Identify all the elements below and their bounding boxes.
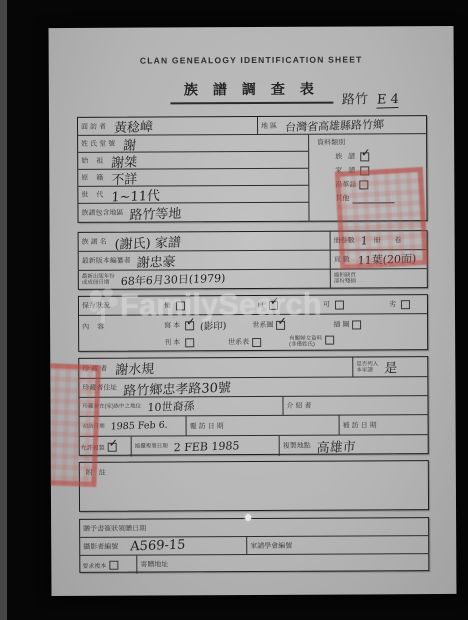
field-publication-date: 最新出版年份 或成冊日期 68年6月30日(1979) [79, 270, 331, 289]
basic-info-table: 面訪者 黃稔嶂 地區 台灣省高雄縣路竹鄉 姓氏堂號 謝 始祖 謝桀 [77, 115, 428, 223]
sheet-title-chinese: 族譜調查表 [170, 79, 333, 105]
checkbox [176, 301, 185, 310]
option-label: 劣 [389, 299, 398, 309]
light-spot [245, 514, 251, 521]
missing-label-line2: 部份殘損 [334, 278, 356, 284]
option-label: 良 [257, 300, 266, 310]
introducer-label: 介紹者 [286, 401, 313, 411]
handwritten-frame-label: 路竹 E 4 [342, 88, 399, 108]
film-edge-strip [0, 0, 7, 620]
checkmark: ✓ [186, 315, 195, 328]
category-option-other: 其他 [335, 193, 426, 203]
origin-label: 原籍 [81, 173, 111, 183]
footer-table: 贈予書簽狀領贈日期 攝影者編號 A569-15 家譜學會編號 要求複本 寄贈地址 [79, 517, 429, 573]
revisit-label: 覆訪日期 [190, 421, 226, 431]
checkbox [359, 180, 368, 189]
row-gift-date: 贈予書簽狀領贈日期 [80, 518, 428, 538]
book-info-table: 族譜名 (謝氏) 家譜 冊卷數 1 冊 卷 最新版本編纂者 謝忠豪 頁數 11葉… [78, 230, 428, 290]
field-supplementary-visit: 補訪日期 [340, 415, 428, 434]
row-visit-dates: 初訪日期 1985 Feb 6. 覆訪日期 補訪日期 [80, 415, 428, 437]
book-name-value: (謝氏) 家譜 [114, 231, 181, 252]
field-revisit: 覆訪日期 [187, 416, 340, 436]
keeper-value: 謝水規 [115, 358, 155, 378]
field-first-ancestor: 始祖 謝桀 [78, 152, 308, 170]
content-option-pedigree-table: 世系表 [228, 337, 261, 347]
condition-option-good: 良 ✓ [257, 300, 278, 310]
condition-option-fair: 可 [323, 300, 344, 310]
field-interviewer: 面訪者 黃稔嶂 [78, 117, 258, 135]
pages-value: 11葉(20面) [357, 250, 416, 268]
checkmark: ✓ [270, 294, 279, 307]
filming-date-label: 縮攝複製日期 [135, 443, 168, 449]
pubdate-label-line2: 或成冊日期 [82, 280, 110, 286]
field-pages: 頁數 11葉(20面) [331, 250, 427, 269]
filming-date-value: 2 FEB 1985 [173, 439, 239, 454]
option-label: 可 [323, 300, 332, 310]
pubdate-label: 最新出版年份 或成冊日期 [82, 274, 115, 286]
photographer-label: 攝影者編號 [83, 541, 118, 551]
content-option-women-data: 有關婦女資料 (非僅姓氏) [289, 336, 334, 348]
volumes-value: 1 [360, 234, 368, 247]
option-label: 族 譜 [335, 151, 357, 161]
option-label: 刊本 [164, 337, 182, 347]
society-label: 家譜學會編號 [250, 540, 292, 550]
checkbox: ✓ [185, 321, 194, 330]
women-label-line2: (非僅姓氏) [289, 342, 315, 348]
field-compiler: 最新版本編纂者 謝忠豪 [79, 251, 331, 270]
region-value: 路竹等地 [129, 202, 182, 223]
field-origin: 原籍 不詳 [78, 169, 308, 187]
blank-line [352, 194, 394, 203]
pubdate-value: 68年6月30日(1979) [120, 270, 225, 289]
content-option-manuscript: 寫本 ✓ (影印) [164, 318, 226, 332]
compiler-value: 謝忠豪 [136, 250, 176, 270]
keeper-label: 珍藏者 [82, 363, 109, 373]
field-generations: 世代 1~11代 [78, 186, 308, 204]
checkbox [252, 337, 261, 346]
position-label: 珍藏者在(家)族中之地位 [82, 404, 141, 410]
field-introducer: 介紹者 [283, 396, 427, 415]
copy-request-label: 要求複本 [82, 560, 106, 569]
gift-date-label: 贈予書簽狀領贈日期 [83, 523, 146, 533]
field-keeper: 珍藏者 謝水規 [79, 357, 353, 377]
district-value: 台灣省高雄縣路竹鄉 [285, 115, 385, 134]
address-label: 珍藏者住址 [82, 383, 117, 393]
checkbox: ✓ [360, 152, 369, 161]
field-society-number: 家譜學會編號 [247, 536, 428, 554]
notes-box: 附註 [79, 460, 429, 512]
field-region-included: 族譜包含地區 路竹等地 [78, 203, 308, 222]
region-label: 族譜包含地區 [81, 208, 123, 218]
frame-label-place: 路竹 [341, 88, 368, 108]
pages-label: 頁數 [334, 254, 352, 264]
interviewer-value: 黃稔嶂 [114, 116, 154, 136]
supp-visit-label: 補訪日期 [343, 420, 379, 430]
frame-label-code: E 4 [377, 92, 400, 109]
checkbox: ✓ [276, 320, 285, 329]
option-label: 沿革誌 [335, 179, 356, 189]
mailing-address-label: 寄贈地址 [140, 559, 168, 569]
category-option-clan-genealogy: 族 譜 ✓ [335, 151, 426, 161]
first-visit-label: 初訪日期 [83, 423, 105, 429]
data-category-panel: 資料類別 族 譜 ✓ 家 譜 沿革誌 其他 [308, 134, 426, 221]
notes-label: 附註 [86, 468, 112, 478]
generations-label: 世代 [81, 190, 111, 200]
row-condition: 保存狀況 優 良 ✓ 可 劣 [79, 295, 427, 316]
content-option-printed: 刊本 [164, 337, 194, 347]
row-book-name: 族譜名 (謝氏) 家譜 冊卷數 1 冊 卷 [79, 231, 427, 252]
row-copy-permission: 允許複製 ✓ 縮攝複製日期 2 FEB 1985 複製地點 高雄市 [80, 435, 428, 457]
field-included-in-book: 是否列入 本家譜 是 [353, 357, 427, 376]
field-mailing-address: 寄贈地址 [137, 554, 428, 574]
genealogy-form-page: CLAN GENEALOGY IDENTIFICATION SHEET 族譜調查… [49, 26, 457, 596]
photographer-value: A569-15 [130, 538, 186, 555]
content-option-pedigree-chart: 世系圖 ✓ [252, 320, 285, 330]
included-label-line2: 本家譜 [356, 367, 373, 373]
field-filming-date: 縮攝複製日期 2 FEB 1985 [132, 436, 280, 457]
field-photographer-number: 攝影者編號 A569-15 [80, 537, 247, 555]
generations-value: 1~11代 [111, 184, 161, 205]
row-compiler: 最新版本編纂者 謝忠豪 頁數 11葉(20面) [79, 250, 427, 271]
row-interviewer-district: 面訪者 黃稔嶂 地區 台灣省高雄縣路竹鄉 [78, 116, 426, 136]
row-photographer-number: 攝影者編號 A569-15 家譜學會編號 [80, 536, 428, 556]
other-label: 其他 [335, 193, 349, 203]
address-value: 路竹鄉忠孝路30號 [123, 376, 232, 398]
field-filming-place: 複製地點 高雄市 [280, 435, 428, 456]
checkbox [401, 300, 410, 309]
checkbox [360, 166, 369, 175]
row-publication: 最新出版年份 或成冊日期 68年6月30日(1979) 縮拍缺頁 部份殘損 [79, 269, 427, 289]
row-copy-request: 要求複本 寄贈地址 [80, 554, 428, 574]
first-visit-value: 1985 Feb 6. [110, 420, 168, 433]
keeper-table: 珍藏者 謝水規 是否列入 本家譜 是 珍藏者住址 路竹鄉忠孝路30號 珍藏者在(… [78, 356, 429, 456]
field-copy-request: 要求複本 [80, 556, 137, 574]
field-missing-pages: 縮拍缺頁 部份殘損 [331, 269, 427, 288]
included-label: 是否列入 本家譜 [356, 361, 378, 373]
volumes-label: 冊卷數 [334, 235, 355, 245]
content-option-illustrations: 插 圖 [333, 319, 361, 329]
permit-label: 允許複製 [81, 442, 105, 451]
field-district: 地區 台灣省高雄縣路竹鄉 [258, 116, 426, 134]
interviewer-label: 面訪者 [81, 121, 108, 131]
row-keeper-position: 珍藏者在(家)族中之地位 10世裔孫 介紹者 [79, 396, 427, 417]
checkbox [352, 320, 361, 329]
category-option-history-record: 沿革誌 [335, 179, 426, 189]
manuscript-note: (影印) [200, 318, 227, 333]
missing-label: 縮拍缺頁 部份殘損 [334, 272, 356, 284]
included-value: 是 [384, 357, 398, 376]
book-name-label: 族譜名 [82, 237, 109, 247]
checkmark: ✓ [277, 314, 286, 327]
district-label: 地區 [261, 120, 279, 130]
filming-place-value: 高雄市 [316, 435, 356, 455]
option-label: 世系圖 [252, 320, 273, 330]
checkbox [335, 300, 344, 309]
sheet-title-english: CLAN GENEALOGY IDENTIFICATION SHEET [49, 54, 454, 66]
field-first-visit: 初訪日期 1985 Feb 6. [80, 416, 187, 436]
content-line-2: 刊本 世系表 有關婦女資料 (非僅姓氏) [152, 335, 427, 348]
row-keeper: 珍藏者 謝水規 是否列入 本家譜 是 [79, 357, 427, 379]
option-label: 世系表 [228, 337, 249, 347]
volumes-unit-juan: 卷 [395, 235, 404, 245]
content-label: 內容 [82, 322, 152, 332]
content-line-1: 寫本 ✓ (影印) 世系圖 ✓ 插 圖 [152, 317, 427, 332]
checkbox [325, 336, 334, 345]
position-value: 10世裔孫 [147, 398, 195, 416]
condition-option-poor: 劣 [389, 299, 410, 309]
checkbox: ✓ [108, 442, 117, 451]
checkmark: ✓ [361, 146, 370, 159]
checkbox: ✓ [269, 300, 278, 309]
ancestor-label: 始祖 [81, 156, 111, 166]
field-permit-copy: 允許複製 ✓ [80, 437, 132, 457]
option-label: 優 [164, 300, 173, 310]
condition-label: 保存狀況 [82, 301, 152, 311]
row-keeper-address: 珍藏者住址 路竹鄉忠孝路30號 [79, 377, 427, 398]
option-label: 家 譜 [335, 165, 357, 175]
field-surname: 姓氏堂號 謝 [78, 135, 308, 153]
row-content: 內容 寫本 ✓ (影印) 世系圖 ✓ 插 圖 [79, 314, 427, 351]
filming-place-label: 複製地點 [283, 441, 311, 451]
women-data-label: 有關婦女資料 (非僅姓氏) [289, 336, 322, 348]
origin-value: 不詳 [111, 168, 138, 188]
condition-table: 保存狀況 優 良 ✓ 可 劣 內容 [78, 294, 428, 352]
checkmark: ✓ [109, 436, 118, 449]
condition-option-excellent: 優 [164, 300, 185, 310]
field-keeper-position: 珍藏者在(家)族中之地位 10世裔孫 [79, 397, 283, 416]
field-volumes: 冊卷數 1 冊 卷 [331, 231, 427, 250]
compiler-label: 最新版本編纂者 [82, 256, 131, 266]
option-label: 插 圖 [333, 319, 349, 329]
category-option-family-genealogy: 家 譜 [335, 165, 426, 175]
checkbox [185, 338, 194, 347]
basic-info-left-column: 姓氏堂號 謝 始祖 謝桀 原籍 不詳 世代 1~11代 [78, 135, 308, 222]
surname-label: 姓氏堂號 [81, 139, 117, 149]
category-label: 資料類別 [317, 137, 426, 148]
field-book-name: 族譜名 (謝氏) 家譜 [79, 232, 331, 251]
volumes-unit-ce: 冊 [374, 235, 383, 245]
checkbox [109, 560, 118, 569]
option-label: 寫本 [164, 320, 182, 330]
microfilm-frame: CLAN GENEALOGY IDENTIFICATION SHEET 族譜調查… [0, 0, 468, 620]
